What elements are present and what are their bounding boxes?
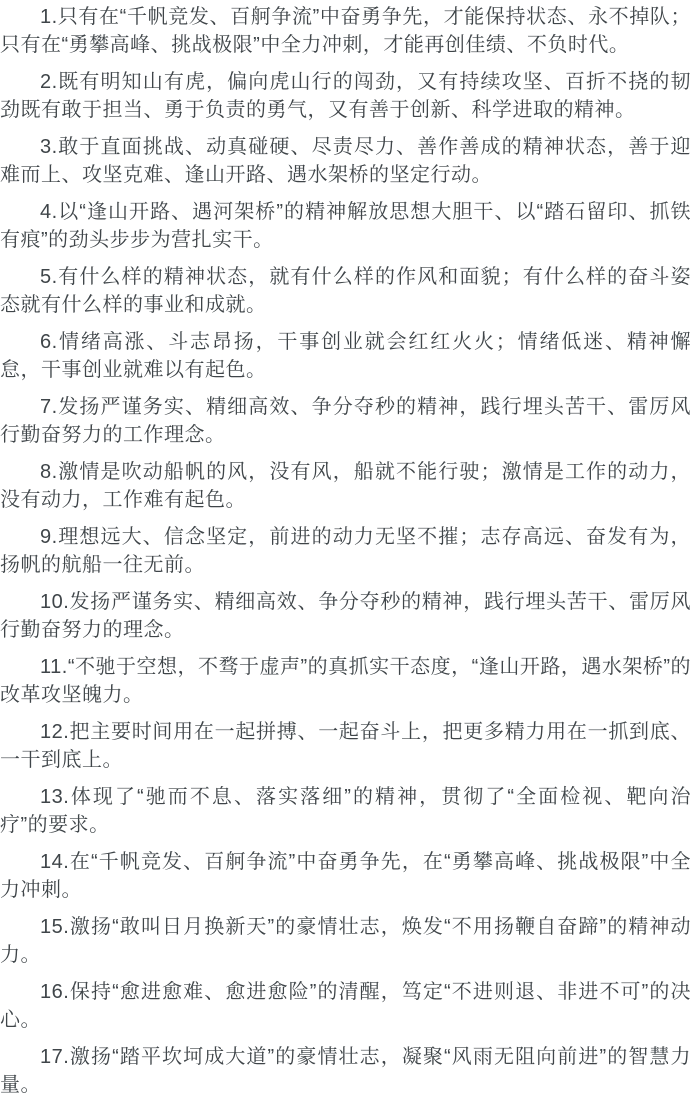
paragraph-10: 10.发扬严谨务实、精细高效、争分夺秒的精神，践行埋头苦干、雷厉风行勤奋努力的理… [0,588,691,644]
paragraph-7: 7.发扬严谨务实、精细高效、争分夺秒的精神，践行埋头苦干、雷厉风行勤奋努力的工作… [0,393,691,449]
paragraph-11: 11.“不驰于空想，不骛于虚声”的真抓实干态度，“逢山开路，遇水架桥”的改革攻坚… [0,653,691,709]
paragraph-17: 17.激扬“踏平坎坷成大道”的豪情壮志，凝聚“风雨无阻向前进”的智慧力量。 [0,1043,691,1097]
paragraph-2: 2.既有明知山有虎，偏向虎山行的闯劲，又有持续攻坚、百折不挠的韧劲既有敢于担当、… [0,68,691,124]
paragraph-4: 4.以“逢山开路、遇河架桥”的精神解放思想大胆干、以“踏石留印、抓铁有痕”的劲头… [0,198,691,254]
paragraph-5: 5.有什么样的精神状态，就有什么样的作风和面貌；有什么样的奋斗姿态就有什么样的事… [0,263,691,319]
paragraph-15: 15.激扬“敢叫日月换新天”的豪情壮志，焕发“不用扬鞭自奋蹄”的精神动力。 [0,913,691,969]
paragraph-1: 1.只有在“千帆竞发、百舸争流”中奋勇争先，才能保持状态、永不掉队；只有在“勇攀… [0,3,691,59]
paragraph-14: 14.在“千帆竞发、百舸争流”中奋勇争先，在“勇攀高峰、挑战极限”中全力冲刺。 [0,848,691,904]
paragraph-9: 9.理想远大、信念坚定，前进的动力无坚不摧；志存高远、奋发有为，扬帆的航船一往无… [0,523,691,579]
paragraph-6: 6.情绪高涨、斗志昂扬，干事创业就会红红火火；情绪低迷、精神懈怠，干事创业就难以… [0,328,691,384]
paragraph-3: 3.敢于直面挑战、动真碰硬、尽责尽力、善作善成的精神状态，善于迎难而上、攻坚克难… [0,133,691,189]
document-page: 1.只有在“千帆竞发、百舸争流”中奋勇争先，才能保持状态、永不掉队；只有在“勇攀… [0,0,693,1097]
paragraph-13: 13.体现了“驰而不息、落实落细”的精神，贯彻了“全面检视、靶向治疗”的要求。 [0,783,691,839]
paragraph-8: 8.激情是吹动船帆的风，没有风，船就不能行驶；激情是工作的动力，没有动力，工作难… [0,458,691,514]
paragraph-12: 12.把主要时间用在一起拼搏、一起奋斗上，把更多精力用在一抓到底、一干到底上。 [0,718,691,774]
paragraph-16: 16.保持“愈进愈难、愈进愈险”的清醒，笃定“不进则退、非进不可”的决心。 [0,978,691,1034]
